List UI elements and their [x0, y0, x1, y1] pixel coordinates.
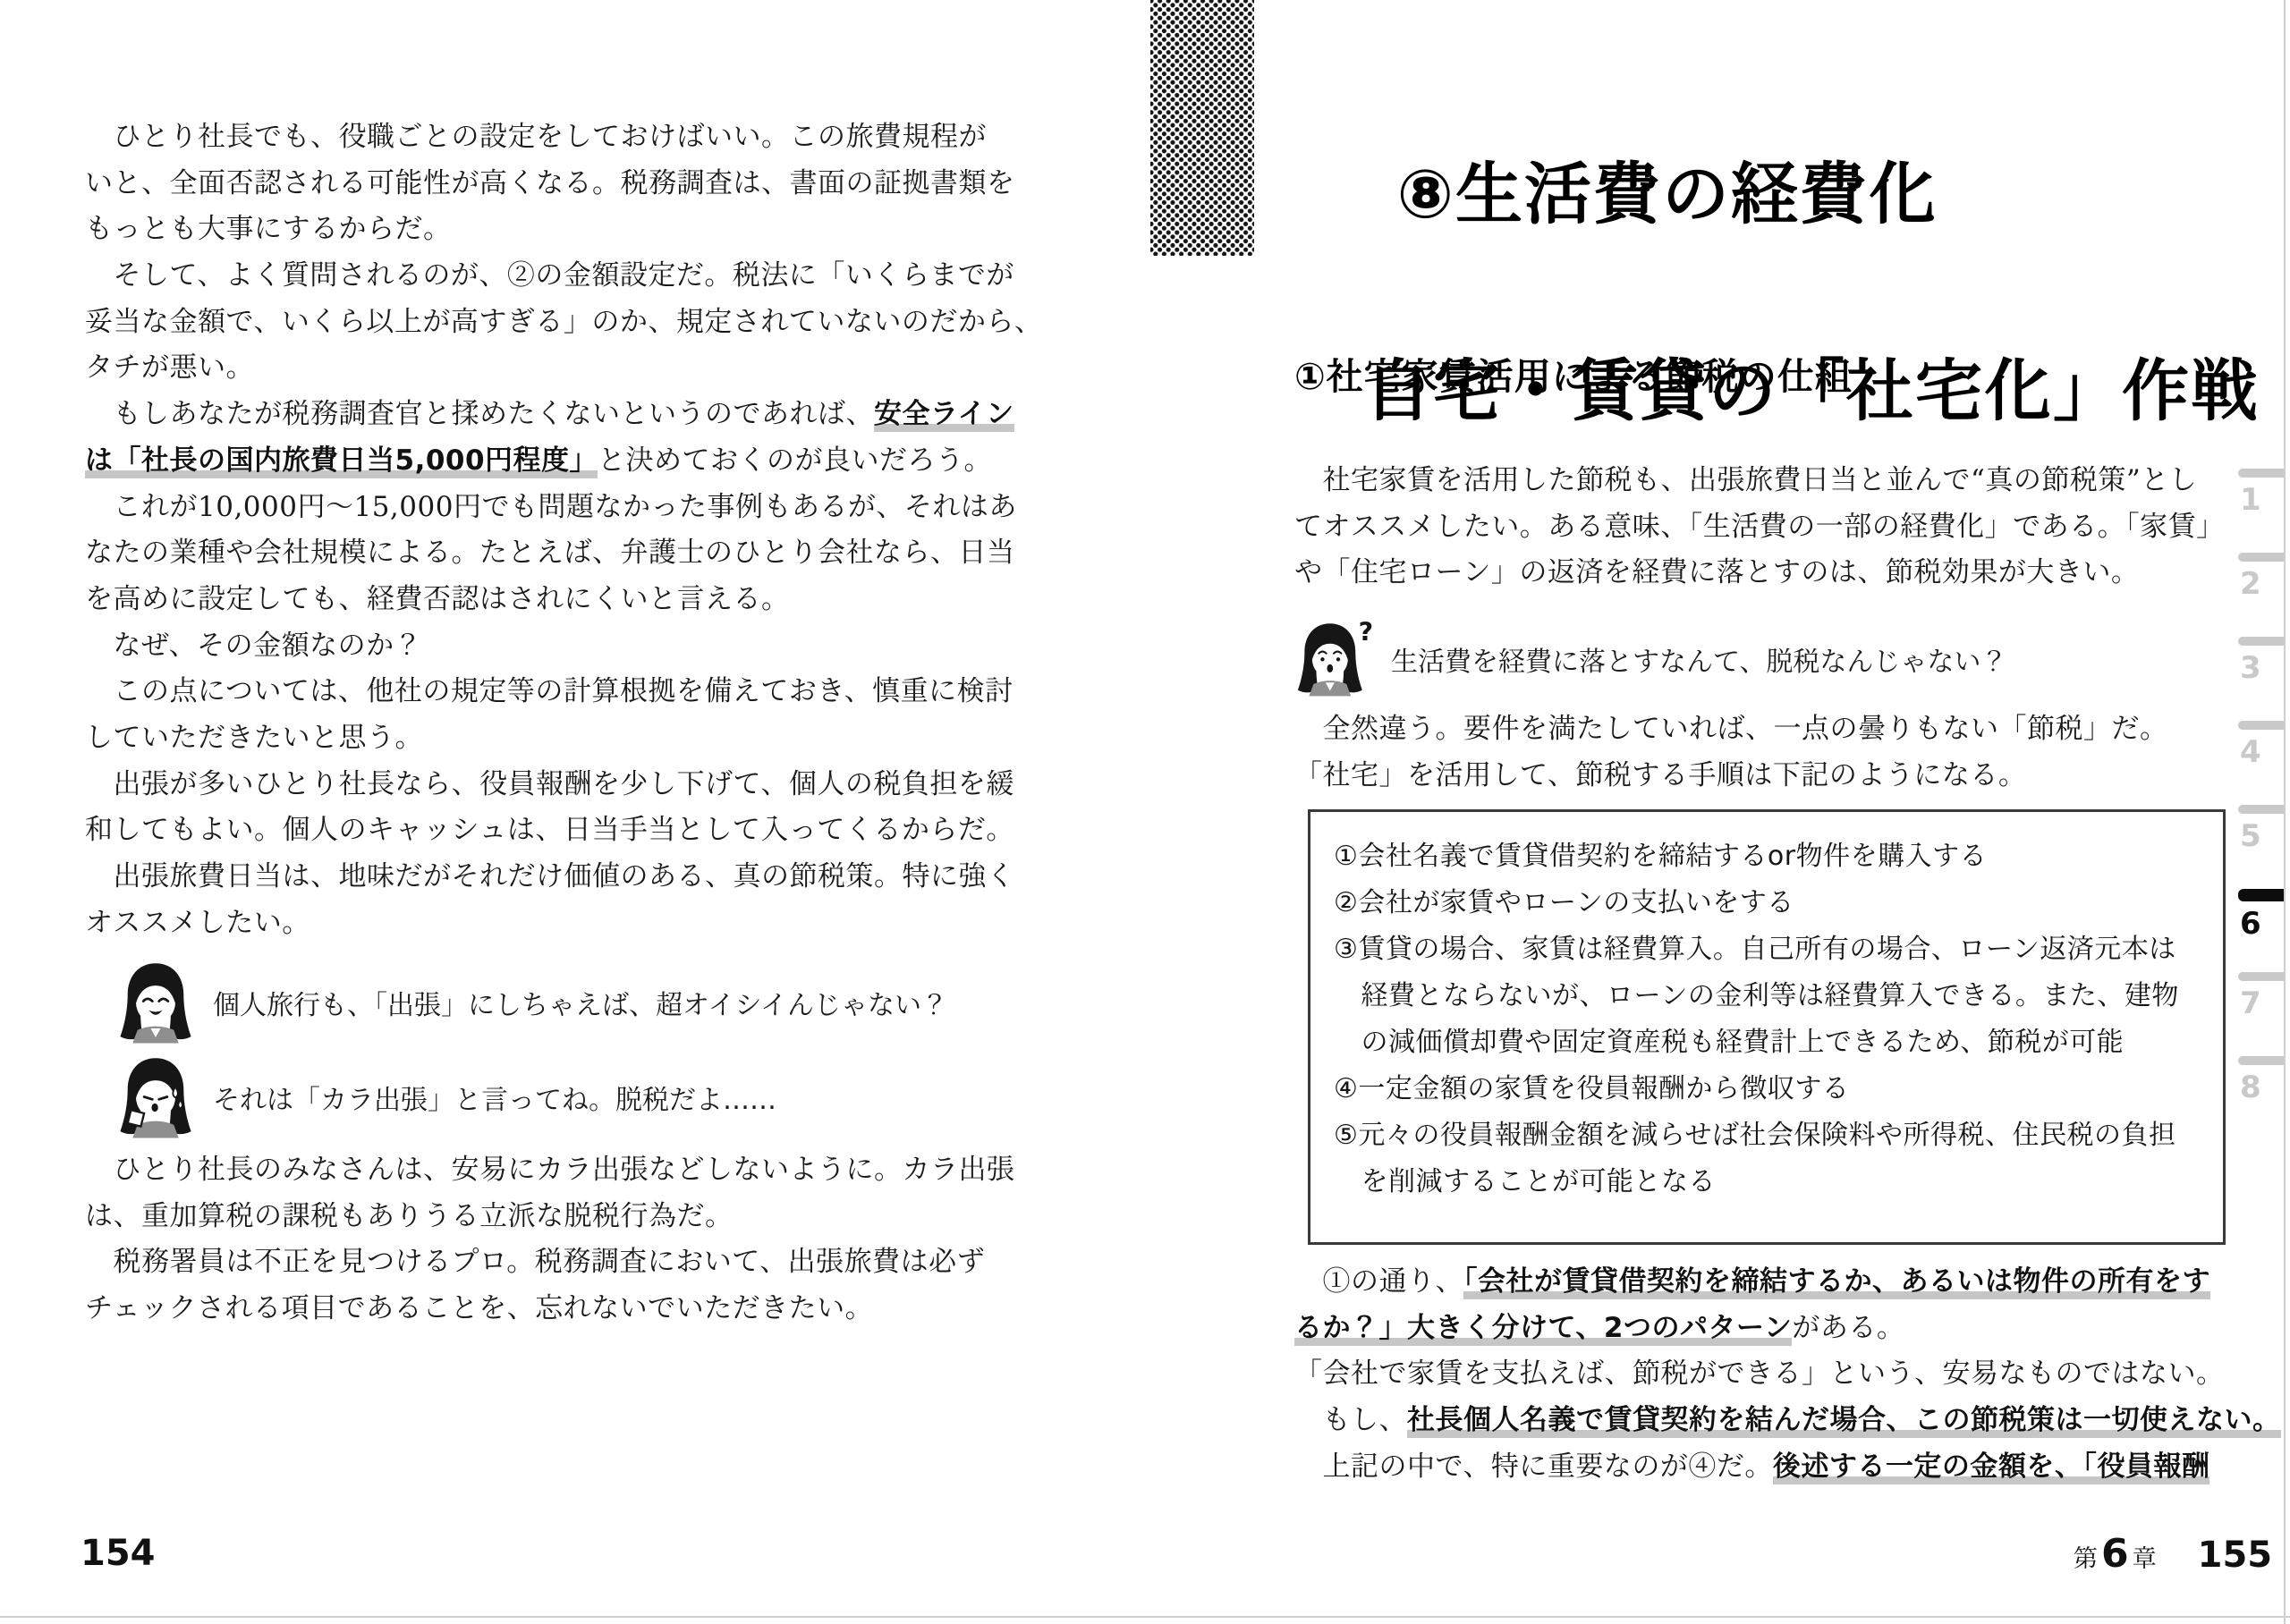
emphasized-text-segment: 「会社が賃貸借契約を締結するか、あるいは物件の所有をす [1463, 1265, 2210, 1299]
text-segment: チェックされる項目であることを、忘れないでいただきたい。 [85, 1292, 873, 1324]
text-line: るか？」大きく分けて、2つのパターンがある。 [1294, 1306, 2281, 1352]
text-segment: この点については、他社の規定等の計算根拠を備えておき、慎重に検討 [85, 675, 1014, 707]
text-segment: そして、よく質問されるのが、②の金額設定だ。税法に「いくらまでが [85, 259, 1014, 292]
page-number-left: 154 [81, 1533, 156, 1574]
text-segment: もしあなたが税務調査官と揉めたくないというのであれば、 [85, 398, 874, 430]
text-segment: していただきたいと思う。 [85, 722, 423, 754]
text-line: ひとり社長でも、役職ごとの設定をしておけばいい。この旅費規程が [85, 114, 1042, 161]
text-segment: 「会社で家賃を支払えば、節税ができる」という、安易なものではない。 [1294, 1358, 2225, 1390]
text-segment: なたの業種や会社規模による。たとえば、弁護士のひとり会社なら、日当 [85, 537, 1015, 569]
text-segment: なぜ、その金額なのか？ [85, 630, 422, 662]
text-line: 税務署員は不正を見つけるプロ。税務調査において、出張旅費は必ず [85, 1239, 1015, 1286]
chapter-tab-bar [2238, 889, 2285, 901]
section-heading: ①社宅家賃活用による節税の仕組 [1294, 347, 1853, 400]
text-line: 上記の中で、特に重要なのが④だ。後述する一定の金額を、「役員報酬 [1294, 1444, 2281, 1491]
text-segment: や「住宅ローン」の返済を経費に落とすのは、節税効果が大きい。 [1294, 556, 2139, 588]
text-line: いと、全面否認される可能性が高くなる。税務調査は、書面の証拠書類を [85, 161, 1042, 207]
text-line: 出張が多いひとり社長なら、役員報酬を少し下げて、個人の税負担を緩 [85, 762, 1042, 808]
text-line: ⑤元々の役員報酬金額を減らせば社会保険料や所得税、住民税の負担 [1334, 1112, 2214, 1159]
chapter-tab-number: 2 [2238, 569, 2285, 599]
chapter-label: 第 6 章 [2074, 1531, 2157, 1577]
text-line: を高めに設定しても、経費否認はされにくいと言える。 [85, 577, 1042, 623]
chapter-title-line1: ⑧生活費の経費化 [1396, 155, 1938, 233]
chapter-tab-1: 1 [2238, 469, 2285, 515]
text-segment: オススメしたい。 [85, 907, 310, 939]
text-line: 社宅家賃を活用した節税も、出張旅費日当と並んで“真の節税策”とし [1294, 458, 2225, 504]
woman-smiling-icon [114, 959, 197, 1045]
chapter-tab-8: 8 [2238, 1056, 2285, 1103]
text-segment: ②会社が家賃やローンの支払いをする [1334, 887, 1794, 918]
text-segment: 出張旅費日当は、地味だがそれだけ価値のある、真の節税策。特に強く [85, 860, 1015, 892]
dialogue-2-text: それは「カラ出張」と言ってね。脱税だよ…… [213, 1078, 776, 1117]
text-segment: 社宅家賃を活用した節税も、出張旅費日当と並んで“真の節税策”とし [1294, 464, 2197, 496]
chapter-tab-number: 1 [2238, 485, 2285, 515]
chapter-tab-number: 5 [2238, 821, 2285, 851]
text-line: 全然違う。要件を満たしていれば、一点の曇りもない「節税」だ。 [1294, 706, 2168, 753]
text-segment: もし、 [1294, 1404, 1407, 1436]
text-line: もっとも大事にするからだ。 [85, 207, 1042, 253]
book-spread: { "left_page": { "footer_page_number": "… [0, 0, 2290, 1624]
text-line: ひとり社長のみなさんは、安易にカラ出張などしないように。カラ出張 [85, 1147, 1015, 1194]
text-line: 経費とならないが、ローンの金利等は経費算入できる。また、建物 [1334, 973, 2214, 1019]
text-segment: 税務署員は不正を見つけるプロ。税務調査において、出張旅費は必ず [85, 1246, 985, 1278]
text-line: は、重加算税の課税もありうる立派な脱税行為だ。 [85, 1194, 1015, 1240]
text-line: ④一定金額の家賃を役員報酬から徴収する [1334, 1066, 2214, 1112]
chapter-tab-7: 7 [2238, 972, 2285, 1019]
text-segment: ⑤元々の役員報酬金額を減らせば社会保険料や所得税、住民税の負担 [1334, 1120, 2176, 1151]
text-segment: 全然違う。要件を満たしていれば、一点の曇りもない「節税」だ。 [1294, 713, 2168, 745]
text-line: これが10,000円～15,000円でも問題なかった事例もあるが、それはあ [85, 485, 1042, 531]
text-segment: を高めに設定しても、経費否認はされにくいと言える。 [85, 583, 790, 615]
emphasized-text-segment: 安全ライン [874, 398, 1014, 432]
chapter-tab-5: 5 [2238, 805, 2285, 851]
text-segment: タチが悪い。 [85, 351, 254, 384]
text-line: していただきたいと思う。 [85, 715, 1042, 762]
text-segment: 妥当な金額で、いくら以上が高すぎる」のか、規定されていないのだから、 [85, 306, 1042, 338]
text-segment: 経費とならないが、ローンの金利等は経費算入できる。また、建物 [1334, 980, 2179, 1011]
text-segment: ①会社名義で賃貸借契約を締結するor物件を購入する [1334, 841, 1987, 872]
text-line: や「住宅ローン」の返済を経費に落とすのは、節税効果が大きい。 [1294, 550, 2225, 596]
chapter-tab-bar [2238, 553, 2285, 562]
woman-sweating-icon [114, 1053, 197, 1140]
emphasized-text-segment: は「社長の国内旅費日当5,000円程度」 [85, 444, 598, 478]
chapter-tab-bar [2238, 721, 2285, 730]
text-segment: いと、全面否認される可能性が高くなる。税務調査は、書面の証拠書類を [85, 167, 1015, 199]
text-segment: これが10,000円～15,000円でも問題なかった事例もあるが、それはあ [85, 491, 1017, 523]
text-segment: てオススメしたい。ある意味、「生活費の一部の経費化」である。「家賃」 [1294, 511, 2225, 543]
text-line: なぜ、その金額なのか？ [85, 623, 1042, 670]
halftone-dot-pattern [1150, 0, 1254, 256]
chapter-tab-bar [2238, 805, 2285, 814]
text-segment: ひとり社長のみなさんは、安易にカラ出張などしないように。カラ出張 [85, 1154, 1015, 1186]
dialogue-row-3: ? 生活費を経費に落とすなんて、脱税なんじゃない？ [1293, 615, 2007, 702]
text-line: 和してもよい。個人のキャッシュは、日当手当として入ってくるからだ。 [85, 808, 1042, 854]
chapter-suffix: 章 [2133, 1539, 2157, 1574]
text-line: 「社宅」を活用して、節税する手順は下記のようになる。 [1294, 753, 2168, 799]
page-edge-right [2284, 0, 2286, 1624]
text-line: もしあなたが税務調査官と揉めたくないというのであれば、安全ライン [85, 392, 1042, 438]
chapter-tab-number: 6 [2238, 909, 2285, 939]
text-line: なたの業種や会社規模による。たとえば、弁護士のひとり会社なら、日当 [85, 530, 1042, 577]
text-segment: は、重加算税の課税もありうる立派な脱税行為だ。 [85, 1200, 734, 1232]
left-body-text-bottom: ひとり社長のみなさんは、安易にカラ出張などしないように。カラ出張は、重加算税の課… [85, 1147, 1015, 1332]
text-segment: を削減することが可能となる [1334, 1166, 1716, 1197]
woman-question-icon: ? [1293, 615, 1375, 702]
left-body-text-top: ひとり社長でも、役職ごとの設定をしておけばいい。この旅費規程がいと、全面否認され… [85, 114, 1042, 946]
chapter-number: 6 [2101, 1531, 2129, 1577]
chapter-tab-3: 3 [2238, 637, 2285, 683]
dialogue-3-text: 生活費を経費に落とすなんて、脱税なんじゃない？ [1391, 639, 2007, 679]
text-segment: 出張が多いひとり社長なら、役員報酬を少し下げて、個人の税負担を緩 [85, 768, 1014, 800]
chapter-tabs: 12345678 [2238, 0, 2285, 1624]
emphasized-text-segment: 後述する一定の金額を、「役員報酬 [1773, 1451, 2210, 1484]
chapter-tab-number: 8 [2238, 1072, 2285, 1103]
page-number-154: 154 [81, 1533, 156, 1574]
text-segment: ④一定金額の家賃を役員報酬から徴収する [1334, 1073, 1849, 1104]
chapter-tab-bar [2238, 972, 2285, 981]
text-line: そして、よく質問されるのが、②の金額設定だ。税法に「いくらまでが [85, 253, 1042, 300]
right-body-text-2: 全然違う。要件を満たしていれば、一点の曇りもない「節税」だ。「社宅」を活用して、… [1294, 706, 2168, 799]
text-line: ①の通り、「会社が賃貸借契約を締結するか、あるいは物件の所有をす [1294, 1259, 2281, 1306]
text-line: は「社長の国内旅費日当5,000円程度」と決めておくのが良いだろう。 [85, 438, 1042, 485]
text-line: タチが悪い。 [85, 345, 1042, 392]
text-line: てオススメしたい。ある意味、「生活費の一部の経費化」である。「家賃」 [1294, 504, 2225, 551]
dialogue-row-2: それは「カラ出張」と言ってね。脱税だよ…… [114, 1053, 776, 1140]
text-line: もし、社長個人名義で賃貸契約を結んだ場合、この節税策は一切使えない。 [1294, 1398, 2281, 1444]
emphasized-text-segment: るか？」大きく分けて、2つのパターン [1294, 1312, 1792, 1346]
chapter-prefix: 第 [2074, 1539, 2098, 1574]
text-segment: ①の通り、 [1294, 1265, 1463, 1298]
chapter-tab-4: 4 [2238, 721, 2285, 767]
text-line: チェックされる項目であることを、忘れないでいただきたい。 [85, 1286, 1015, 1332]
text-line: ②会社が家賃やローンの支払いをする [1334, 880, 2214, 926]
emphasized-text-segment: 社長個人名義で賃貸契約を結んだ場合、この節税策は一切使えない。 [1407, 1404, 2281, 1438]
dialogue-1-text: 個人旅行も、「出張」にしちゃえば、超オイシイんじゃない？ [213, 983, 948, 1022]
procedure-box: ①会社名義で賃貸借契約を締結するor物件を購入する②会社が家賃やローンの支払いを… [1308, 809, 2226, 1245]
right-body-text-1: 社宅家賃を活用した節税も、出張旅費日当と並んで“真の節税策”としてオススメしたい… [1294, 458, 2225, 596]
chapter-tab-number: 3 [2238, 653, 2285, 683]
chapter-tab-bar [2238, 1056, 2285, 1065]
page-edge-bottom [0, 1616, 2290, 1618]
text-segment: ③賃貸の場合、家賃は経費算入。自己所有の場合、ローン返済元本は [1334, 934, 2176, 965]
text-segment: 「社宅」を活用して、節税する手順は下記のようになる。 [1294, 759, 2026, 791]
chapter-tab-number: 7 [2238, 988, 2285, 1019]
text-line: を削減することが可能となる [1334, 1159, 2214, 1205]
text-line: この点については、他社の規定等の計算根拠を備えておき、慎重に検討 [85, 669, 1042, 715]
chapter-tab-bar [2238, 469, 2285, 478]
procedure-box-text: ①会社名義で賃貸借契約を締結するor物件を購入する②会社が家賃やローンの支払いを… [1334, 833, 2214, 1205]
text-segment: ひとり社長でも、役職ごとの設定をしておけばいい。この旅費規程が [85, 121, 987, 153]
right-body-text-3: ①の通り、「会社が賃貸借契約を締結するか、あるいは物件の所有をするか？」大きく分… [1294, 1259, 2281, 1490]
text-segment: と決めておくのが良いだろう。 [598, 444, 992, 477]
text-segment: がある。 [1792, 1312, 1904, 1344]
text-segment: 和してもよい。個人のキャッシュは、日当手当として入ってくるからだ。 [85, 814, 1014, 846]
chapter-tab-2: 2 [2238, 553, 2285, 599]
text-line: 「会社で家賃を支払えば、節税ができる」という、安易なものではない。 [1294, 1351, 2281, 1398]
text-segment: もっとも大事にするからだ。 [85, 213, 452, 245]
dialogue-row-1: 個人旅行も、「出張」にしちゃえば、超オイシイんじゃない？ [114, 959, 948, 1045]
text-line: オススメしたい。 [85, 901, 1042, 947]
chapter-tab-number: 4 [2238, 737, 2285, 767]
text-line: ①会社名義で賃貸借契約を締結するor物件を購入する [1334, 833, 2214, 880]
svg-text:?: ? [1359, 617, 1374, 647]
text-line: ③賃貸の場合、家賃は経費算入。自己所有の場合、ローン返済元本は [1334, 926, 2214, 973]
text-line: 妥当な金額で、いくら以上が高すぎる」のか、規定されていないのだから、 [85, 300, 1042, 346]
chapter-tab-6: 6 [2238, 889, 2285, 939]
text-line: 出張旅費日当は、地味だがそれだけ価値のある、真の節税策。特に強く [85, 854, 1042, 901]
chapter-tab-bar [2238, 637, 2285, 646]
text-segment: の減価償却費や固定資産税も経費計上できるため、節税が可能 [1334, 1027, 2124, 1058]
text-line: の減価償却費や固定資産税も経費計上できるため、節税が可能 [1334, 1019, 2214, 1066]
text-segment: 上記の中で、特に重要なのが④だ。 [1294, 1451, 1773, 1483]
